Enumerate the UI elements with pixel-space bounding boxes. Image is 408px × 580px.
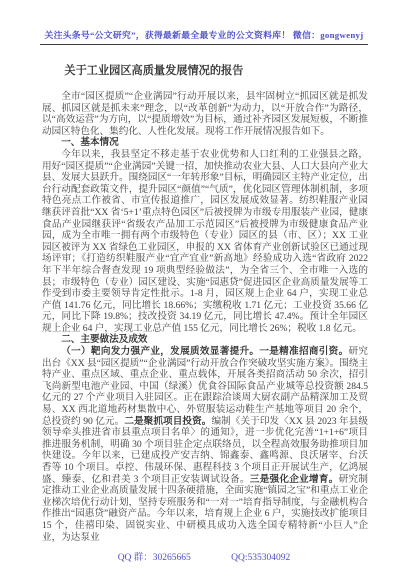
page-title: 关于工业园区高质量发展情况的报告 (42, 62, 368, 78)
footer-qq-group: QQ 群：30265665 (118, 549, 191, 563)
header-notice-text: 关注头条号“公文研究”，获得最新最全最专业的公文资料库！ 微信：gongweny… (40, 28, 369, 45)
body-paragraph: （一）靶向发力强产业，发展质效显著提升。一是精准招商引资。研究出台《XX 县“园… (42, 346, 368, 543)
body-paragraph: 全市“园区提质”“企业满园”行动开展以来，县牢固树立“抓园区就是抓发展、抓园区就… (42, 91, 368, 137)
document-body: 全市“园区提质”“企业满园”行动开展以来，县牢固树立“抓园区就是抓发展、抓园区就… (42, 91, 368, 543)
footer-qq: QQ:535304092 (231, 553, 290, 563)
header-banner: 关注头条号“公文研究”，获得最新最全最专业的公文资料库！ 微信：gongweny… (0, 25, 408, 45)
section-heading: 二、主要做法及成效 (42, 334, 368, 346)
section-heading: 一、基本情况 (42, 137, 368, 149)
document-content: 关于工业园区高质量发展情况的报告 全市“园区提质”“企业满园”行动开展以来，县牢… (42, 62, 368, 543)
body-paragraph: 今年以来，我县坚定不移走基于农业优势和人口红利的工业强县之路，用好“园区提质”“… (42, 149, 368, 335)
document-page: 关注头条号“公文研究”，获得最新最全最专业的公文资料库！ 微信：gongweny… (0, 0, 408, 580)
footer-banner: QQ 群：30265665 QQ:535304092 (0, 549, 408, 563)
